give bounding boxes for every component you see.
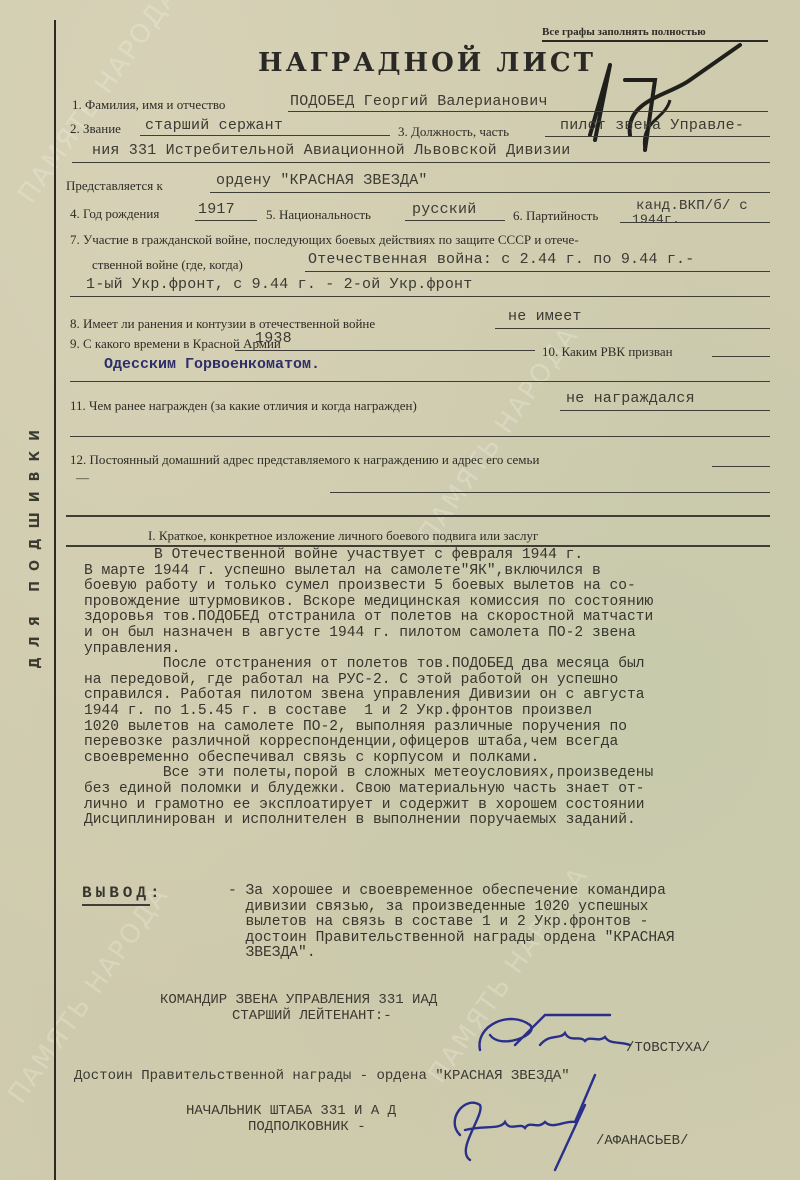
field-11-label: 11. Чем ранее награжден (за какие отличи… [70,398,417,414]
document-title: НАГРАДНОЙ ЛИСТ [258,48,596,78]
chief-of-staff-title: НАЧАЛЬНИК ШТАБА 331 И А Д [186,1103,396,1119]
field-2-underline [140,135,390,136]
field-5-label: 5. Национальность [266,207,371,223]
instruction-underline [542,40,768,42]
conclusion-label-underline [82,904,150,906]
field-6-label: 6. Партийность [513,208,598,224]
field-7-underline-2 [70,296,770,297]
field-3-value-continued: ния 331 Истребительной Авиационной Львов… [92,142,570,159]
field-8-label: 8. Имеет ли ранения и контузии в отечест… [70,316,375,332]
field-7-underline [305,271,770,272]
field-3-label: 3. Должность, часть [398,124,509,140]
recommendation-text: Достоин Правительственной награды - орде… [74,1068,570,1084]
field-12-value: — [76,470,89,486]
commander-rank: СТАРШИЙ ЛЕЙТЕНАНТ:- [232,1008,392,1024]
commander-title: КОМАНДИР ЗВЕНА УПРАВЛЕНИЯ 331 ИАД [160,992,437,1008]
field-2-label: 2. Звание [70,121,121,137]
field-10-underline-2 [70,381,770,382]
field-11-underline [560,410,770,411]
conclusion-text: - За хорошее и своевременное обеспечение… [228,884,788,962]
field-4-underline [195,220,257,221]
binding-margin-label: ДЛЯ ПОДШИВКИ [28,420,48,669]
field-12-underline-2 [330,492,770,493]
binding-margin-line [54,20,56,1180]
merit-description: В Отечественной войне участвует с феврал… [84,548,784,829]
field-10-underline [712,356,770,357]
field-2-value: старший сержант [145,117,283,134]
field-7-value-continued: 1-ый Укр.фронт, с 9.44 г. - 2-ой Укр.фро… [86,276,472,293]
commander-signature [470,1005,640,1065]
field-1-underline [288,111,768,112]
award-value: ордену "КРАСНАЯ ЗВЕЗДА" [216,172,428,189]
field-3-underline-2 [72,162,770,163]
award-label: Представляется к [66,178,163,194]
field-11-underline-2 [70,436,770,437]
field-3-underline [545,136,770,137]
field-12-label: 12. Постоянный домашний адрес представля… [70,452,539,468]
field-8-value: не имеет [508,308,582,325]
section-heading: I. Краткое, конкретное изложение личного… [148,528,538,544]
field-10-label: 10. Каким РВК призван [542,344,673,360]
field-6-value-continued: 1944г. [632,212,680,227]
chief-of-staff-rank: ПОДПОЛКОВНИК - [248,1119,366,1135]
section-divider [66,515,770,517]
award-underline [210,192,770,193]
field-7-label-continued: ственной войне (где, когда) [92,257,243,273]
field-7-value: Отечественная война: с 2.44 г. по 9.44 г… [308,251,694,268]
field-10-value: Одесским Горвоенкоматом. [104,356,320,373]
field-1-label: 1. Фамилия, имя и отчество [72,97,225,113]
field-3-value: пилот звена Управле- [560,117,744,134]
field-5-underline [405,220,505,221]
commander-name: /ТОВСТУХА/ [626,1040,710,1056]
field-6-underline [620,222,770,223]
field-5-value: русский [412,201,476,218]
field-11-value: не награждался [566,390,695,407]
field-4-value: 1917 [198,201,235,218]
field-1-value: ПОДОБЕД Георгий Валерианович [290,93,548,110]
field-9-value: 1938 [255,330,292,347]
instruction-note: Все графы заполнять полностью [542,26,706,38]
field-9-underline [235,350,535,351]
field-8-underline [495,328,770,329]
field-12-underline [712,466,770,467]
field-7-label: 7. Участие в гражданской войне, последую… [70,232,579,248]
field-4-label: 4. Год рождения [70,206,159,222]
conclusion-label: ВЫВОД: [82,884,164,902]
chief-of-staff-name: /АФАНАСЬЕВ/ [596,1133,688,1149]
